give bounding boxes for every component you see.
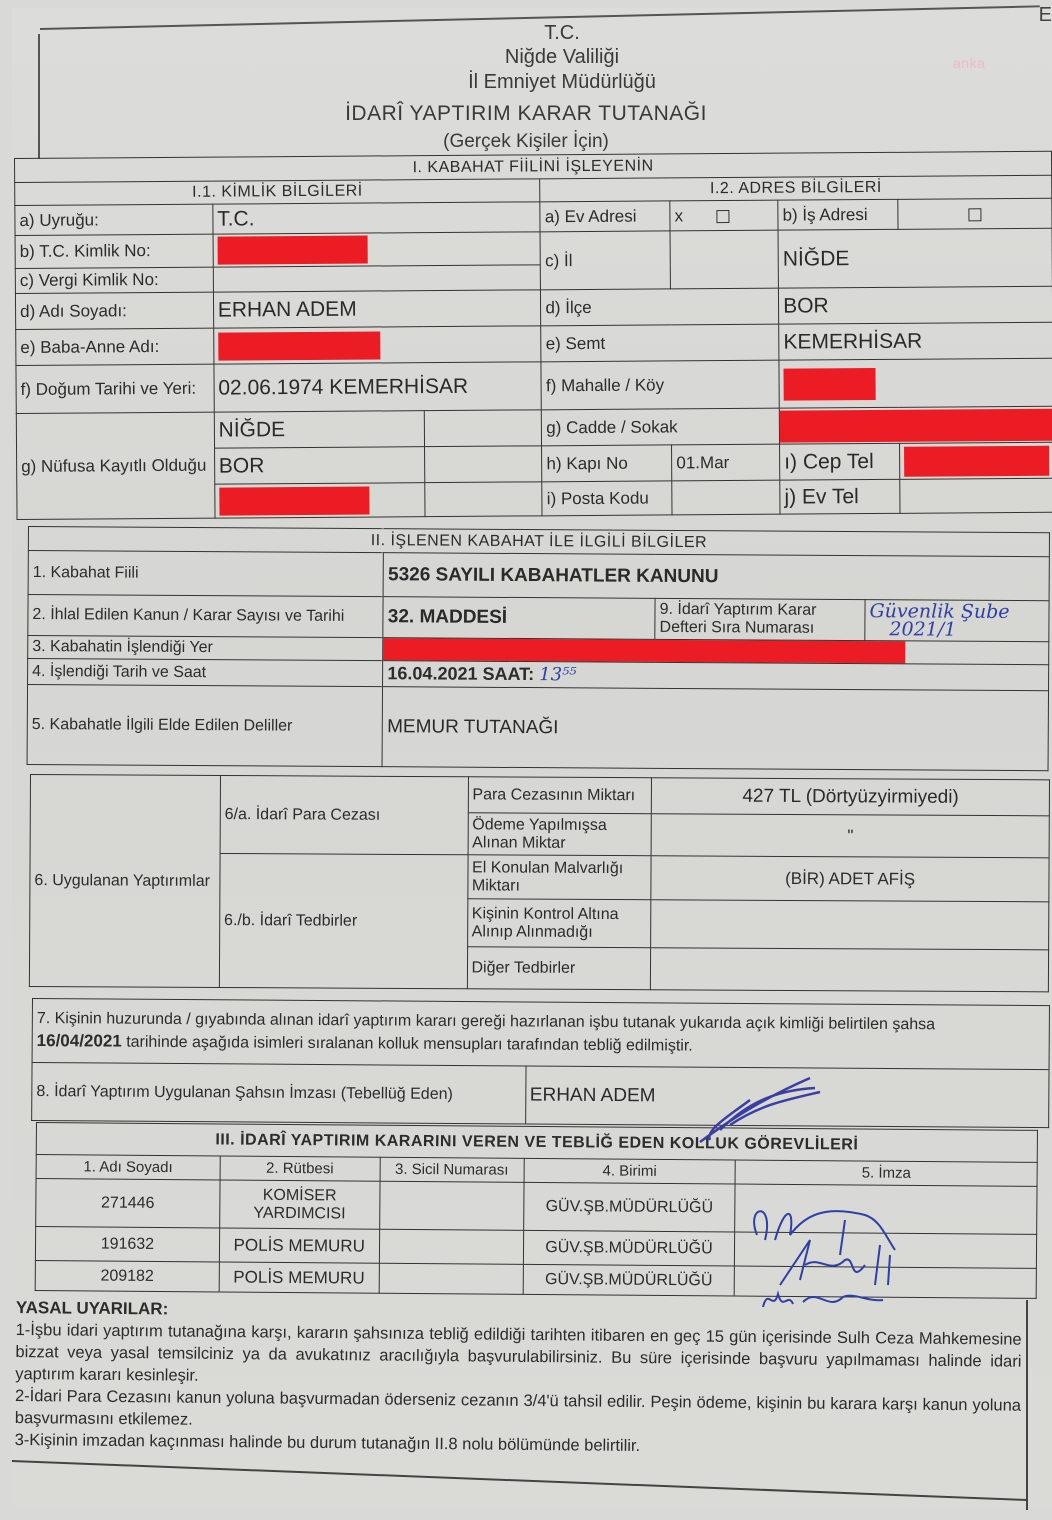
imza-value: ERHAN ADEM <box>525 1066 1049 1128</box>
dogum-value: 02.06.1974 KEMERHİSAR <box>214 362 542 412</box>
section2-table: II. İŞLENEN KABAHAT İLE İLGİLİ BİLGİLER … <box>27 526 1050 771</box>
mahalle-label: f) Mahalle / Köy <box>541 360 779 410</box>
odeme-label: Ödeme Yapılmışsa Alınan Miktar <box>468 813 652 856</box>
nufus-ilce-extra <box>424 446 542 483</box>
officer-sicil <box>379 1263 523 1294</box>
semt-label: e) Semt <box>541 324 779 362</box>
dogum-label: f) Doğum Tarihi ve Yeri: <box>16 364 214 413</box>
ev-tel-label: j) Ev Tel <box>780 479 900 514</box>
section1-table: I. KABAHAT FİİLİNİ İŞLEYENİN I.1. KİMLİK… <box>14 151 1052 520</box>
header-tc: T.C. <box>36 22 1052 45</box>
baba-anne-label: e) Baba-Anne Adı: <box>16 328 214 365</box>
vergi-label: c) Vergi Kimlik No: <box>15 267 213 293</box>
nufus-label: g) Nüfusa Kayıtlı Olduğu <box>16 412 214 519</box>
notification-table: 7. Kişinin huzurunda / gıyabında alınan … <box>31 998 1050 1128</box>
delil-value: MEMUR TUTANAĞI <box>382 687 1048 771</box>
para-miktar-value: 427 TL (Dörtyüzyirmiyedi) <box>652 778 1050 816</box>
col-imza: 5. İmza <box>735 1160 1037 1186</box>
malvarligi-label: El Konulan Malvarlığı Miktarı <box>467 855 651 900</box>
officer-sicil <box>379 1229 523 1264</box>
document-subtitle: (Gerçek Kişiler İçin) <box>0 131 1052 153</box>
baba-anne-value <box>213 326 541 364</box>
vergi-value <box>213 265 541 292</box>
is-adresi-check-cell <box>898 198 1052 229</box>
delil-label: 5. Kabahatle İlgili Elde Edilen Deliller <box>27 685 383 767</box>
kanun-value: 32. MADDESİ <box>383 597 655 640</box>
cadde-label: g) Cadde / Sokak <box>542 408 780 446</box>
kontrol-label: Kişinin Kontrol Altına Alınıp Alınmadığı <box>467 899 651 948</box>
nufus-redaction <box>219 486 369 515</box>
il-value: NİĞDE <box>778 228 1052 288</box>
officer-ad: 209182 <box>35 1260 219 1291</box>
officer-imza <box>735 1266 1037 1298</box>
document-title: İDARÎ YAPTIRIM KARAR TUTANAĞI <box>0 102 1052 126</box>
uyrugu-value: T.C. <box>213 202 541 234</box>
posta-kodu-value <box>672 480 780 515</box>
kapi-value: 01.Mar <box>672 444 780 481</box>
odeme-value: " <box>651 814 1049 858</box>
tc-kimlik-redaction <box>217 236 367 265</box>
mahalle-value <box>779 358 1052 408</box>
nufus-il-extra <box>424 410 542 447</box>
yaptirim-label: 6. Uygulanan Yaptırımlar <box>29 775 220 988</box>
semt-value: KEMERHİSAR <box>779 322 1052 360</box>
tedbir-label: 6./b. İdarî Tedbirler <box>219 853 467 988</box>
ilce-value: BOR <box>779 286 1052 324</box>
yer-redaction <box>384 638 906 663</box>
posta-kodu-label: i) Posta Kodu <box>542 481 672 516</box>
cadde-redaction <box>780 408 1052 442</box>
ev-adresi-label: a) Ev Adresi <box>540 201 670 232</box>
col-rutbe: 2. Rütbesi <box>220 1156 380 1181</box>
cep-tel-redaction <box>904 445 1049 476</box>
defter-value-line2: 2021/1 <box>869 620 1044 639</box>
ev-adresi-text: a) Ev Adresi <box>545 206 637 226</box>
cadde-value <box>779 406 1052 444</box>
tarih-text: 16.04.2021 SAAT: <box>387 663 534 684</box>
officer-rutbe: KOMİSER YARDIMCISI <box>219 1180 379 1229</box>
il-label: c) İl <box>540 231 670 290</box>
sanctions-table: 6. Uygulanan Yaptırımlar 6/a. İdarî Para… <box>29 774 1050 992</box>
malvarligi-value: (BİR) ADET AFİŞ <box>651 856 1049 902</box>
kabahat-fiili-label: 1. Kabahat Fiili <box>28 551 384 597</box>
ev-tel-value <box>900 478 1052 513</box>
imza-label: 8. İdarî Yaptırım Uygulanan Şahsın İmzas… <box>32 1063 526 1124</box>
officer-birim: GÜV.ŞB.MÜDÜRLÜĞÜ <box>523 1264 735 1296</box>
col-birim: 4. Birimi <box>524 1158 736 1184</box>
ev-adresi-check-cell: x <box>670 200 778 231</box>
diger-tedbir-value <box>651 948 1049 992</box>
officer-imza <box>735 1184 1037 1234</box>
il-spacer <box>670 230 778 289</box>
officer-row: 271446 KOMİSER YARDIMCISI GÜV.ŞB.MÜDÜRLÜ… <box>36 1179 1037 1235</box>
is-adresi-label: b) İş Adresi <box>778 199 898 230</box>
kabahat-fiili-value: 5326 SAYILI KABAHATLER KANUNU <box>383 553 1049 601</box>
ilce-label: d) İlçe <box>541 288 779 326</box>
defter-label: 9. İdarî Yaptırım Karar Defteri Sıra Num… <box>655 598 865 640</box>
nufus-ilce: BOR <box>214 447 424 484</box>
tc-kimlik-value <box>213 232 541 267</box>
tarih-label: 4. İşlendiği Tarih ve Saat <box>28 659 383 687</box>
cep-tel-value <box>899 442 1052 479</box>
officer-rutbe: POLİS MEMURU <box>219 1262 379 1293</box>
para-miktar-label: Para Cezasının Miktarı <box>468 777 652 814</box>
ev-adresi-checkbox[interactable] <box>716 210 729 223</box>
ad-soyad-value: ERHAN ADEM <box>213 290 541 328</box>
officer-rutbe: POLİS MEMURU <box>219 1228 379 1263</box>
section3-table: III. İDARÎ YAPTIRIM KARARINI VEREN VE TE… <box>35 1122 1038 1299</box>
officer-birim: GÜV.ŞB.MÜDÜRLÜĞÜ <box>523 1230 735 1266</box>
ad-soyad-label: d) Adı Soyadı: <box>15 292 213 329</box>
para-cezasi-label: 6/a. İdarî Para Cezası <box>220 775 468 854</box>
col-sicil: 3. Sicil Numarası <box>380 1157 524 1182</box>
nufus-il: NİĞDE <box>214 411 424 448</box>
col-ad-soyad: 1. Adı Soyadı <box>36 1155 220 1180</box>
teblig-text: 7. Kişinin huzurunda / gıyabında alınan … <box>32 999 1049 1070</box>
nufus-third <box>215 483 425 518</box>
tarih-value: 16.04.2021 SAAT: 13⁵⁵ <box>383 661 1049 691</box>
is-adresi-checkbox[interactable] <box>968 208 981 221</box>
kapi-label: h) Kapı No <box>542 445 672 482</box>
header-emniyet: İl Emniyet Müdürlüğü <box>36 71 1052 94</box>
officer-ad: 271446 <box>36 1179 220 1228</box>
legal-item-1: 1-İşbu idari yaptırım tutanağına karşı, … <box>15 1319 1022 1395</box>
cep-tel-label: ı) Cep Tel <box>780 443 900 480</box>
officer-sicil <box>379 1181 523 1230</box>
teblig-date: 16/04/2021 <box>37 1031 122 1051</box>
saat-handwritten: 13⁵⁵ <box>539 664 576 685</box>
diger-tedbir-label: Diğer Tedbirler <box>467 947 651 990</box>
kanun-label: 2. İhlal Edilen Kanun / Karar Sayısı ve … <box>28 595 384 638</box>
ev-adresi-mark: x <box>675 206 684 225</box>
kontrol-value <box>651 900 1049 950</box>
officer-birim: GÜV.ŞB.MÜDÜRLÜĞÜ <box>523 1182 735 1232</box>
tc-kimlik-label: b) T.C. Kimlik No: <box>15 234 213 268</box>
baba-anne-redaction <box>218 331 380 360</box>
teblig-text-1: 7. Kişinin huzurunda / gıyabında alınan … <box>37 1010 935 1033</box>
nufus-third-extra <box>424 482 542 517</box>
header-valilik: Niğde Valiliği <box>36 46 1052 69</box>
legal-warnings: YASAL UYARILAR: 1-İşbu idari yaptırım tu… <box>15 1297 1022 1461</box>
teblig-text-2: tarihinde aşağıda isimleri sıralanan kol… <box>126 1034 693 1055</box>
yer-label: 3. Kabahatin İşlendiği Yer <box>28 636 383 661</box>
uyrugu-label: a) Uyruğu: <box>15 204 213 235</box>
officer-imza <box>735 1232 1037 1268</box>
officer-ad: 191632 <box>35 1227 219 1262</box>
frame-right-line <box>1026 1300 1028 1510</box>
mahalle-redaction <box>784 367 876 400</box>
defter-value: Güvenlik Şube2021/1 <box>865 600 1049 642</box>
